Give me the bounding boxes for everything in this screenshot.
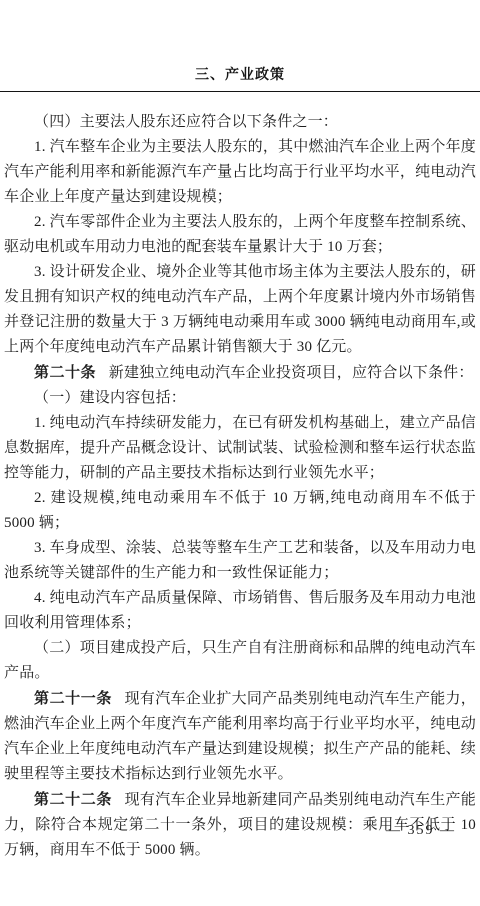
article-paragraph: 第二十一条现有汽车企业扩大同产品类别纯电动汽车生产能力，燃油汽车企业上两个年度汽… (4, 686, 476, 787)
article-number: 第二十二条 (34, 791, 112, 808)
paragraph-text: 4. 纯电动汽车产品质量保障、市场销售、售后服务及车用动力电池回收利用管理体系； (4, 590, 476, 631)
paragraph: 1. 纯电动汽车持续研发能力，在已有研发机构基础上，建立产品信息数据库，提升产品… (4, 411, 476, 486)
paragraph-text: （一）建设内容包括： (34, 390, 186, 406)
article-number: 第二十条 (34, 364, 96, 381)
paragraph-text: 新建独立纯电动汽车企业投资项目，应符合以下条件： (109, 365, 474, 381)
paragraph-text: （二）项目建成投产后，只生产自有注册商标和品牌的纯电动汽车产品。 (4, 640, 476, 681)
paragraph: （二）项目建成投产后，只生产自有注册商标和品牌的纯电动汽车产品。 (4, 636, 476, 686)
page-number: — 359 — (386, 823, 456, 839)
running-head-section-title: 三、产业政策 (0, 64, 480, 84)
paragraph-text: 2. 建设规模,纯电动乘用车不低于 10 万辆,纯电动商用车不低于 5000 辆… (4, 490, 476, 531)
paragraph: 2. 建设规模,纯电动乘用车不低于 10 万辆,纯电动商用车不低于 5000 辆… (4, 486, 476, 536)
paragraph: 3. 设计研发企业、境外企业等其他市场主体为主要法人股东的，研发且拥有知识产权的… (4, 260, 476, 360)
paragraph-text: 3. 设计研发企业、境外企业等其他市场主体为主要法人股东的，研发且拥有知识产权的… (4, 264, 476, 355)
paragraph-text: （四）主要法人股东还应符合以下条件之一： (34, 114, 338, 130)
paragraph-text: 2. 汽车零部件企业为主要法人股东的，上两个年度整车控制系统、驱动电机或车用动力… (4, 214, 476, 255)
paragraph-text: 1. 纯电动汽车持续研发能力，在已有研发机构基础上，建立产品信息数据库，提升产品… (4, 415, 476, 481)
paragraph: 3. 车身成型、涂装、总装等整车生产工艺和装备，以及车用动力电池系统等关键部件的… (4, 536, 476, 586)
paragraph-text: 3. 车身成型、涂装、总装等整车生产工艺和装备，以及车用动力电池系统等关键部件的… (4, 540, 476, 581)
article-paragraph: 第二十条新建独立纯电动汽车企业投资项目，应符合以下条件： (4, 360, 476, 386)
paragraph: 4. 纯电动汽车产品质量保障、市场销售、售后服务及车用动力电池回收利用管理体系； (4, 586, 476, 636)
paragraph-text: 1. 汽车整车企业为主要法人股东的，其中燃油汽车企业上两个年度汽车产能利用率和新… (4, 139, 476, 205)
document-page: 三、产业政策 （四）主要法人股东还应符合以下条件之一：1. 汽车整车企业为主要法… (0, 0, 480, 906)
header-rule (0, 91, 480, 92)
paragraph: 1. 汽车整车企业为主要法人股东的，其中燃油汽车企业上两个年度汽车产能利用率和新… (4, 135, 476, 210)
article-number: 第二十一条 (34, 690, 112, 707)
document-body: （四）主要法人股东还应符合以下条件之一：1. 汽车整车企业为主要法人股东的，其中… (0, 110, 480, 863)
paragraph: （一）建设内容包括： (4, 386, 476, 411)
paragraph: （四）主要法人股东还应符合以下条件之一： (4, 110, 476, 135)
paragraph: 2. 汽车零部件企业为主要法人股东的，上两个年度整车控制系统、驱动电机或车用动力… (4, 210, 476, 260)
